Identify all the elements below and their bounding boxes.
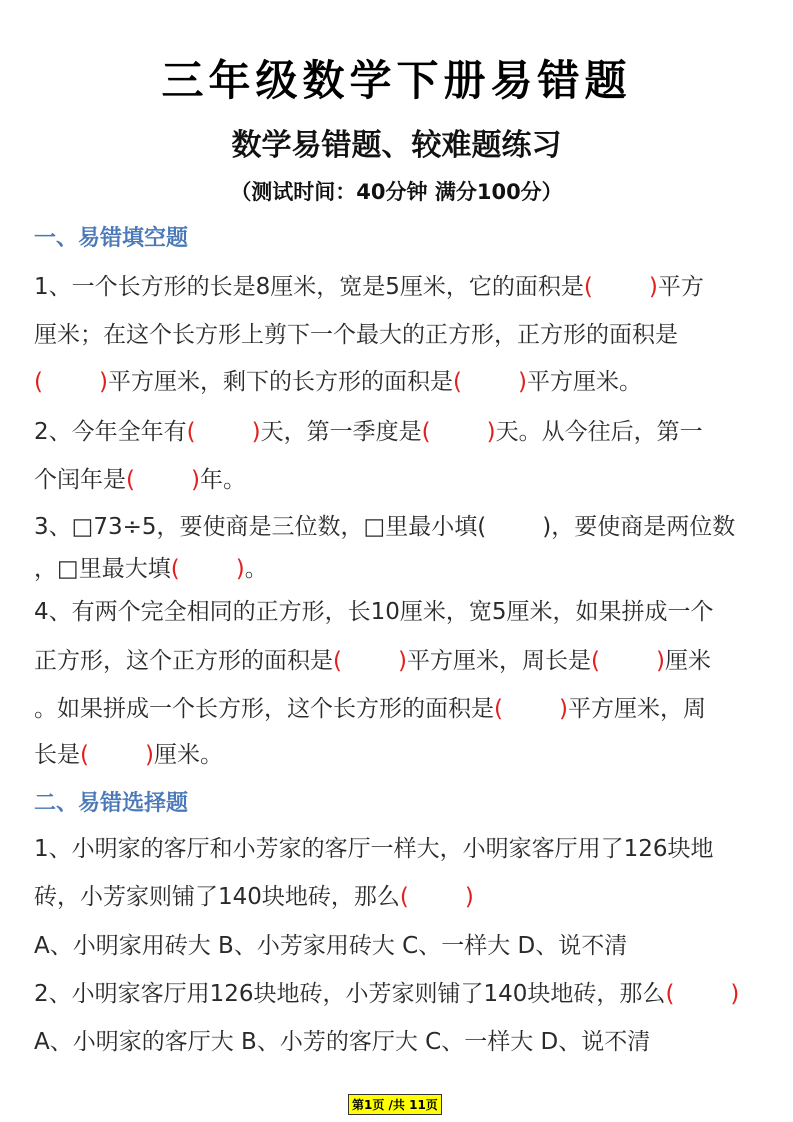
answer-blank[interactable]: () <box>333 648 407 674</box>
text: 3、□73÷5，要使商是三位数，□里最小填 <box>34 514 477 540</box>
page-subtitle: 数学易错题、较难题练习 <box>0 120 793 164</box>
choice-2-line-1: 2、小明家客厅用126块地砖，小芳家则铺了140块地砖，那么() <box>34 975 764 1008</box>
answer-blank[interactable]: () <box>477 514 551 540</box>
question-4-line-3: 。如果拼成一个长方形，这个长方形的面积是()平方厘米，周 <box>34 690 764 723</box>
text: ，□里最大填 <box>34 556 171 582</box>
text: 个闰年是 <box>34 467 126 493</box>
answer-blank[interactable]: () <box>665 981 739 1007</box>
section-heading-fill-blank: 一、易错填空题 <box>34 221 188 252</box>
text: 天。从今往后，第一 <box>496 419 703 445</box>
choice-1-line-2: 砖，小芳家则铺了140块地砖，那么() <box>34 878 764 911</box>
text: 厘米 <box>665 648 711 674</box>
text: 厘米。 <box>154 742 223 768</box>
text: 砖，小芳家则铺了140块地砖，那么 <box>34 884 400 910</box>
text: 。 <box>245 556 268 582</box>
text: 。如果拼成一个长方形，这个长方形的面积是 <box>34 696 494 722</box>
answer-blank[interactable]: () <box>80 742 154 768</box>
question-1-line-3: ()平方厘米，剩下的长方形的面积是()平方厘米。 <box>34 363 764 396</box>
text: 年。 <box>200 467 246 493</box>
text: 平方厘米，周长是 <box>407 648 591 674</box>
choice-1-options: A、小明家用砖大 B、小芳家用砖大 C、一样大 D、说不清 <box>34 927 764 960</box>
question-2-line-1: 2、今年全年有()天，第一季度是()天。从今往后，第一 <box>34 413 764 446</box>
text: 平方厘米，周 <box>568 696 706 722</box>
question-4-line-2: 正方形，这个正方形的面积是()平方厘米，周长是()厘米 <box>34 642 764 675</box>
test-info: （测试时间：40分钟 满分100分） <box>0 176 793 206</box>
text: 长是 <box>34 742 80 768</box>
question-1-line-2: 厘米；在这个长方形上剪下一个最大的正方形，正方形的面积是 <box>34 316 764 349</box>
answer-blank[interactable]: () <box>584 274 658 300</box>
question-4-line-4: 长是()厘米。 <box>34 736 764 769</box>
answer-blank[interactable]: () <box>126 467 200 493</box>
question-2-line-2: 个闰年是()年。 <box>34 461 764 494</box>
text: 2、小明家客厅用126块地砖，小芳家则铺了140块地砖，那么 <box>34 981 665 1007</box>
choice-1-line-1: 1、小明家的客厅和小芳家的客厅一样大，小明家客厅用了126块地 <box>34 830 764 863</box>
text: ，要使商是两位数 <box>551 514 735 540</box>
text: 平方厘米。 <box>527 369 642 395</box>
answer-blank[interactable]: () <box>34 369 108 395</box>
text: 平方厘米，剩下的长方形的面积是 <box>108 369 453 395</box>
page-title: 三年级数学下册易错题 <box>0 48 793 108</box>
text: 天，第一季度是 <box>261 419 422 445</box>
answer-blank[interactable]: () <box>400 884 474 910</box>
section-heading-multiple-choice: 二、易错选择题 <box>34 786 188 817</box>
text: 2、今年全年有 <box>34 419 187 445</box>
choice-2-options: A、小明家的客厅大 B、小芳的客厅大 C、一样大 D、说不清 <box>34 1023 764 1056</box>
answer-blank[interactable]: () <box>453 369 527 395</box>
text: 正方形，这个正方形的面积是 <box>34 648 333 674</box>
question-3-line-2: ，□里最大填()。 <box>34 550 764 583</box>
answer-blank[interactable]: () <box>591 648 665 674</box>
question-4-line-1: 4、有两个完全相同的正方形，长10厘米，宽5厘米，如果拼成一个 <box>34 593 764 626</box>
text: 平方 <box>658 274 704 300</box>
question-1-line-1: 1、一个长方形的长是8厘米，宽是5厘米，它的面积是()平方 <box>34 268 764 301</box>
answer-blank[interactable]: () <box>494 696 568 722</box>
question-3-line-1: 3、□73÷5，要使商是三位数，□里最小填()，要使商是两位数 <box>34 508 764 541</box>
page-number-badge: 第1页 /共 11页 <box>348 1094 442 1115</box>
answer-blank[interactable]: () <box>187 419 261 445</box>
answer-blank[interactable]: () <box>171 556 245 582</box>
answer-blank[interactable]: () <box>422 419 496 445</box>
text: 1、一个长方形的长是8厘米，宽是5厘米，它的面积是 <box>34 274 584 300</box>
